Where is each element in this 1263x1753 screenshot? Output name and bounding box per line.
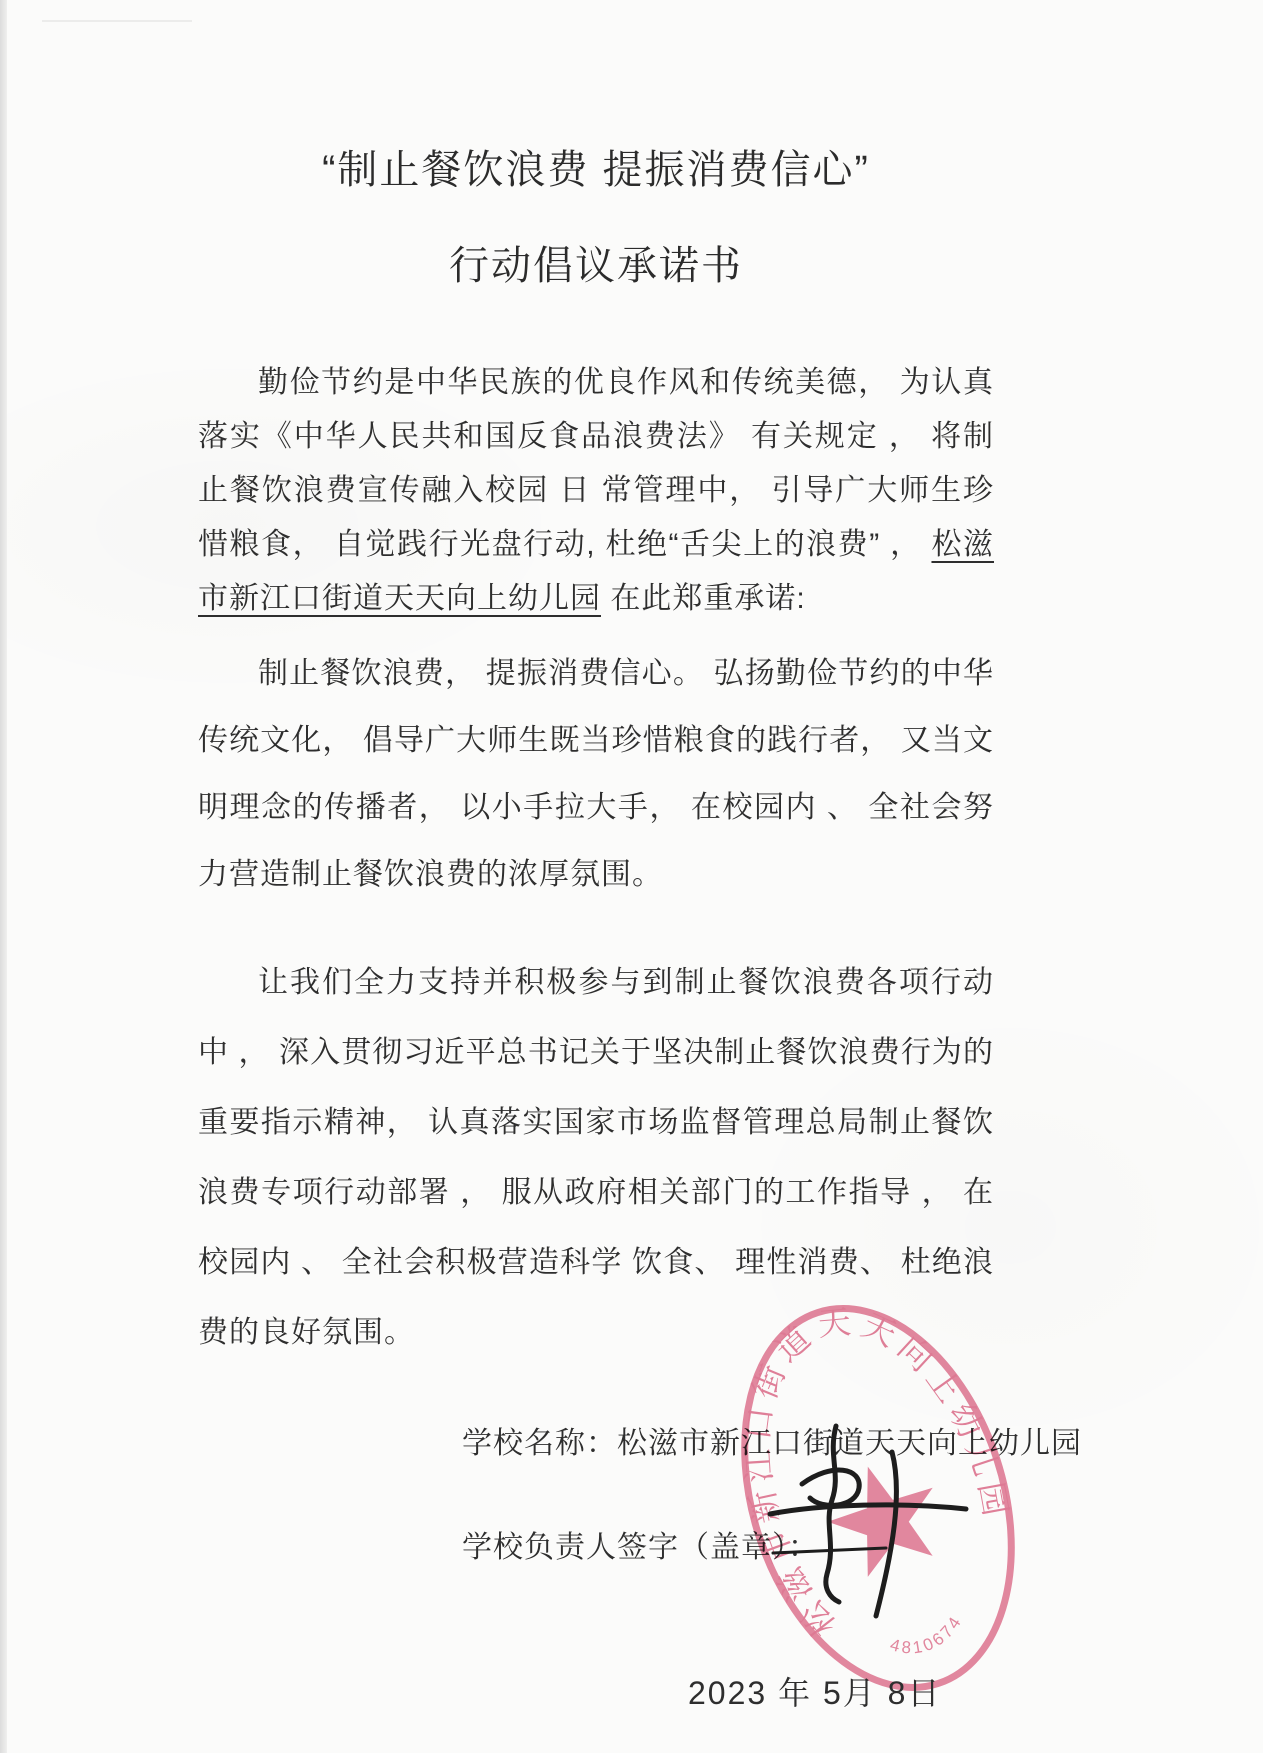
scan-edge-artifact: [0, 0, 7, 1753]
date-line: 2023 年 5月 8日: [688, 1668, 941, 1714]
paragraph-1-text-before: 勤俭节约是中华民族的优良作风和传统美德， 为认真落实《中华人民共和国反食品浪费法…: [198, 366, 994, 561]
paragraph-2: 制止餐饮浪费， 提振消费信心。 弘扬勤俭节约的中华传统文化， 倡导广大师生既当珍…: [198, 640, 994, 908]
scan-hairline-artifact: [42, 20, 192, 22]
school-name-label: 学校名称：: [462, 1427, 617, 1460]
handwritten-signature: [740, 1412, 980, 1642]
document-body: 勤俭节约是中华民族的优良作风和传统美德， 为认真落实《中华人民共和国反食品浪费法…: [198, 356, 994, 1368]
paragraph-1: 勤俭节约是中华民族的优良作风和传统美德， 为认真落实《中华人民共和国反食品浪费法…: [198, 356, 994, 626]
paragraph-1-text-after: 在此郑重承诺:: [601, 582, 806, 615]
document-title-line1: “制止餐饮浪费 提振消费信心”: [198, 138, 994, 195]
scanned-document-page: “制止餐饮浪费 提振消费信心” 行动倡议承诺书 勤俭节约是中华民族的优良作风和传…: [0, 0, 1263, 1753]
document-title-line2: 行动倡议承诺书: [198, 234, 994, 291]
